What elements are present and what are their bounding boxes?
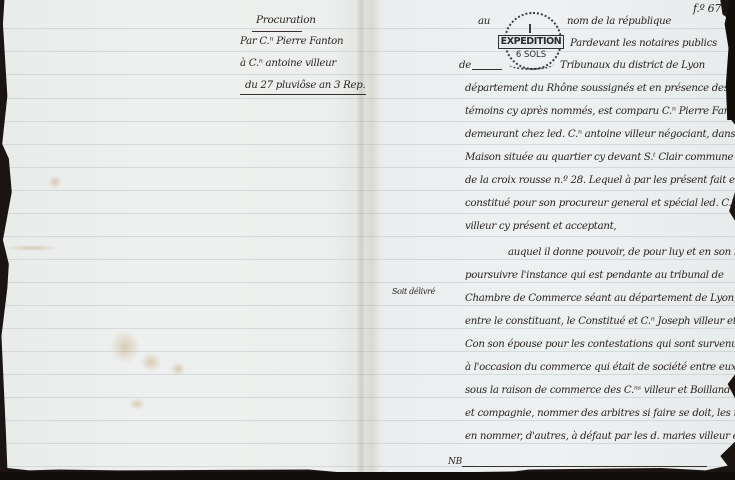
foxing-stain bbox=[110, 330, 140, 364]
heading-line: à C.ⁿ antoine villeur bbox=[240, 58, 336, 69]
ruled-line bbox=[0, 443, 735, 444]
line-indent: au bbox=[478, 16, 490, 27]
nota-bene-mark: NB bbox=[448, 457, 462, 467]
paragraph-start: auquel il donne pouvoir, de pour luy et … bbox=[508, 247, 735, 258]
text-line: à l'occasion du commerce qui était de so… bbox=[465, 362, 735, 373]
foxing-stain bbox=[170, 362, 186, 376]
text-line: département du Rhône soussignés et en pr… bbox=[465, 83, 729, 94]
text-line: Pardevant les notaires publics bbox=[570, 38, 717, 49]
heading-line: du 27 pluviôse an 3 Rep. bbox=[245, 80, 365, 91]
text-line: et compagnie, nommer des arbitres si fai… bbox=[465, 408, 735, 419]
scan-border-bottom bbox=[0, 472, 735, 480]
margin-note: Soit délivré bbox=[392, 287, 435, 296]
text-line: nom de la république bbox=[567, 16, 671, 27]
manuscript-scan: Procuration Par C.ⁿ Pierre Fanton à C.ⁿ … bbox=[0, 0, 735, 480]
stamp-label: EXPEDITION bbox=[498, 35, 564, 49]
foxing-stain bbox=[140, 352, 162, 372]
ruled-line bbox=[0, 305, 735, 306]
text-line: de la croix rousse n.º 28. Lequel à par … bbox=[465, 175, 735, 186]
text-line: Chambre de Commerce séant au département… bbox=[465, 293, 735, 304]
text-line: entre le constituant, le Constitué et C.… bbox=[465, 316, 735, 327]
ruled-line bbox=[0, 121, 735, 122]
ruled-line bbox=[0, 328, 735, 329]
ruled-line bbox=[0, 282, 735, 283]
text-line: villeur cy présent et acceptant, bbox=[465, 221, 616, 232]
closing-rule bbox=[462, 466, 707, 467]
line-dash bbox=[472, 69, 502, 70]
ruled-line bbox=[0, 28, 735, 29]
text-line: sous la raison de commerce des C.ⁿˢ vill… bbox=[465, 385, 735, 396]
foxing-stain bbox=[48, 175, 62, 189]
ruled-line bbox=[0, 420, 735, 421]
ruled-line bbox=[0, 374, 735, 375]
folio-number: f.º 67 bbox=[693, 2, 721, 15]
heading-line: Par C.ⁿ Pierre Fanton bbox=[240, 36, 343, 47]
text-line: en nommer, d'autres, à défaut par les d.… bbox=[465, 431, 735, 442]
center-fold bbox=[356, 0, 366, 480]
ruled-line bbox=[0, 167, 735, 168]
ruled-line bbox=[0, 98, 735, 99]
ruled-line bbox=[0, 236, 735, 237]
ruled-line bbox=[0, 190, 735, 191]
text-line: Maison située au quartier cy devant S.ᵗ … bbox=[465, 152, 733, 163]
foxing-stain bbox=[128, 398, 146, 410]
text-line: demeurant chez led. C.ⁿ antoine villeur … bbox=[465, 129, 735, 140]
ruled-line bbox=[0, 397, 735, 398]
text-line: poursuivre l'instance qui est pendante a… bbox=[465, 270, 724, 281]
ruled-line bbox=[0, 51, 735, 52]
ruled-line bbox=[0, 259, 735, 260]
text-line: Con son épouse pour les contestations qu… bbox=[465, 339, 735, 350]
text-line: témoins cy après nommés, est comparu C.ⁿ… bbox=[465, 106, 735, 117]
text-line: constitué pour son procureur general et … bbox=[465, 198, 735, 209]
laurel-wreath-icon bbox=[508, 58, 554, 70]
document-title: Procuration bbox=[256, 14, 316, 26]
ruled-line bbox=[0, 144, 735, 145]
foxing-stain bbox=[4, 245, 60, 251]
title-underline bbox=[252, 31, 302, 32]
tax-stamp: EXPEDITION 6 SOLS bbox=[498, 12, 564, 70]
heading-underline bbox=[240, 94, 366, 95]
line-indent: de bbox=[459, 60, 471, 71]
ruled-line bbox=[0, 213, 735, 214]
text-line: Tribunaux du district de Lyon bbox=[560, 60, 705, 71]
stamp-mark bbox=[529, 24, 531, 33]
ruled-line bbox=[0, 74, 735, 75]
paper-sheet: Procuration Par C.ⁿ Pierre Fanton à C.ⁿ … bbox=[0, 0, 735, 480]
